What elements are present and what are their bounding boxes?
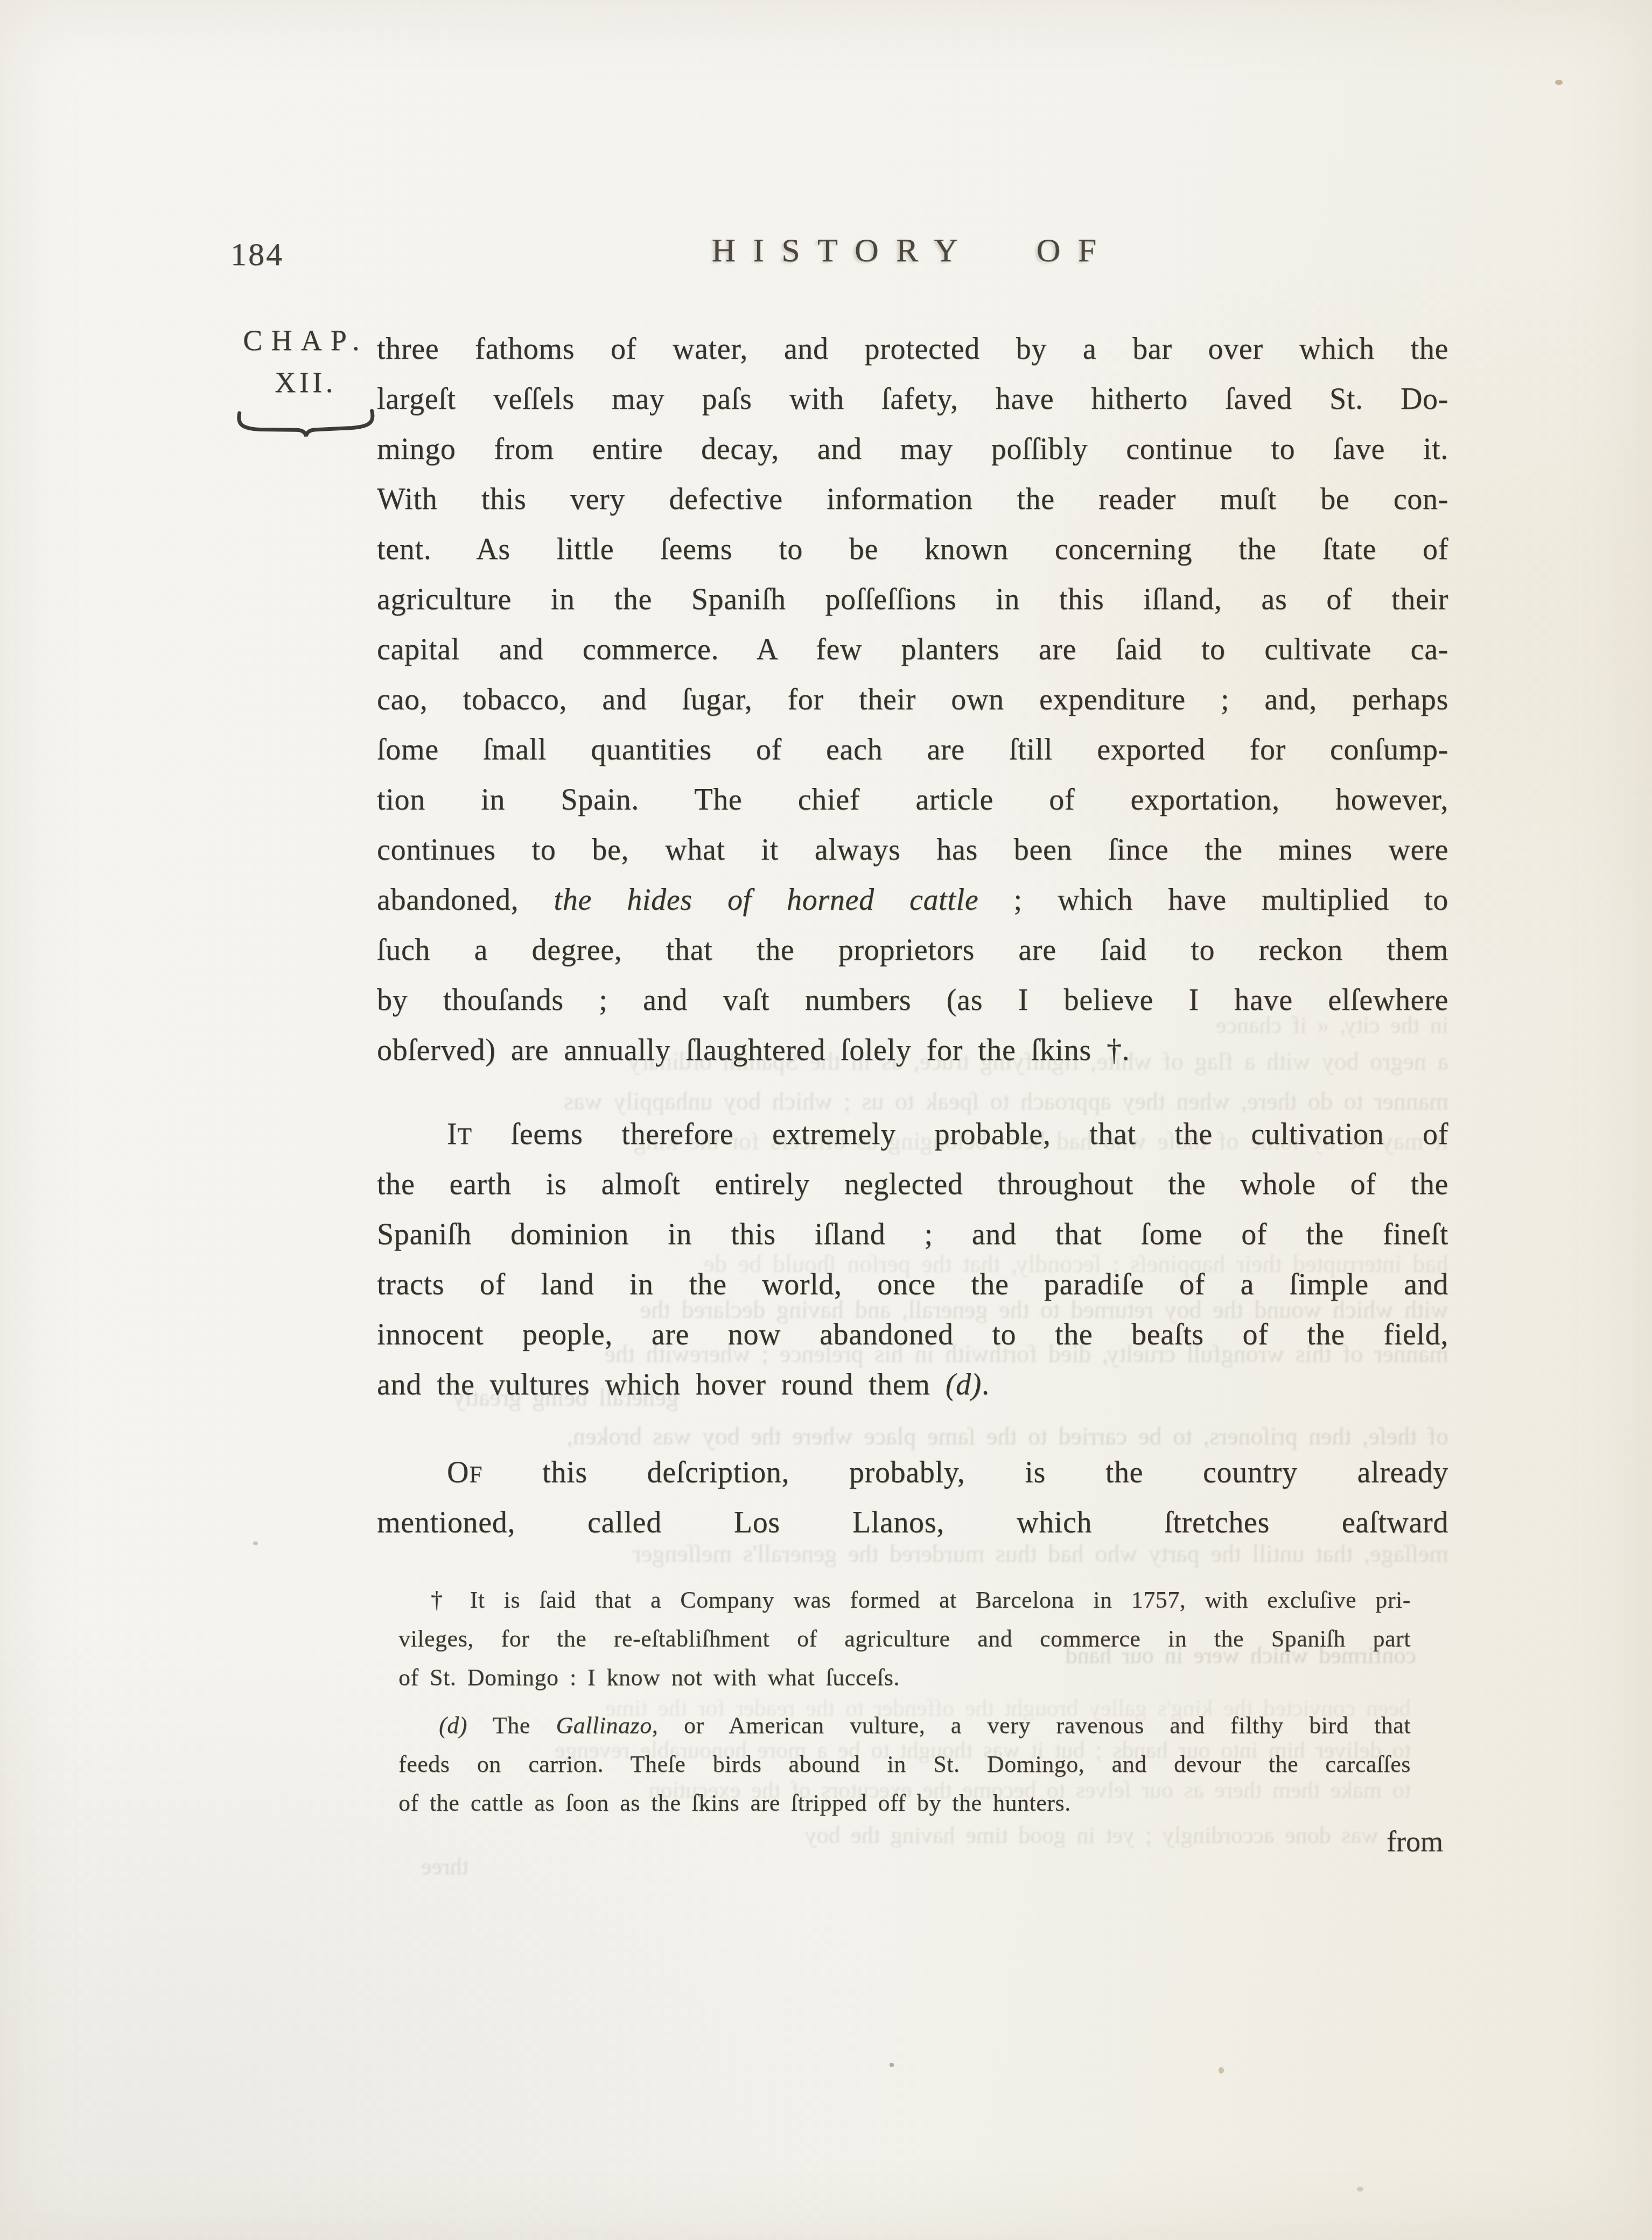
text-line: With this very defective information the…: [377, 474, 1448, 525]
text-line: the earth is almoſt entirely neglected t…: [377, 1160, 1448, 1210]
footnote: † It is ſaid that a Company was formed a…: [398, 1581, 1411, 1697]
chapter-brace-ornament: [229, 408, 382, 438]
text-line: † It is ſaid that a Company was formed a…: [398, 1581, 1411, 1620]
show-through-text: a negro boy with a flag of white, fignif…: [377, 1047, 1448, 1076]
chapter-label: CHAP.: [229, 324, 382, 357]
paragraph: three fathoms of water, and protected by…: [377, 324, 1448, 1076]
show-through-text: to deliver him into our hands ; but it w…: [398, 1736, 1411, 1764]
text-segment: Spaniſh dominion in this iſland ; and th…: [377, 1218, 1448, 1251]
show-through-text: had interrupted their happineſs ; ſecond…: [377, 1250, 1448, 1278]
text-segment: † It is ſaid that a Company was formed a…: [431, 1587, 1411, 1613]
paper-speck: [1357, 2187, 1363, 2192]
text-segment: agriculture in the Spaniſh poſſeſſions i…: [377, 583, 1448, 616]
text-line: abandoned, the hides of horned cattle ; …: [377, 875, 1448, 925]
show-through-text: was done accordingly ; yet in good time …: [538, 1822, 1378, 1849]
text-segment: largeſt veſſels may paſs with ſafety, ha…: [377, 382, 1448, 416]
text-segment: capital and commerce. A few planters are…: [377, 633, 1448, 666]
footnote: (d) The Gallinazo, or American vulture, …: [398, 1706, 1411, 1823]
text-line: ſuch a degree, that the proprietors are …: [377, 925, 1448, 975]
italic-text: the hides of horned cattle: [554, 883, 979, 917]
text-line: largeſt veſſels may paſs with ſafety, ha…: [377, 374, 1448, 424]
chapter-margin-note: CHAP. XII.: [229, 324, 382, 438]
text-line: capital and commerce. A few planters are…: [377, 625, 1448, 675]
show-through-text: three: [377, 1853, 468, 1880]
text-segment: mingo from entire decay, and may poſſibl…: [377, 432, 1448, 466]
text-segment: ; which have multiplied to: [978, 883, 1448, 917]
show-through-text: of theſe, then priſoners, to be carried …: [377, 1422, 1448, 1450]
show-through-text: confirmed which were in our hand: [872, 1642, 1416, 1669]
text-segment: ſome ſmall quantities of each are ſtill …: [377, 733, 1448, 766]
show-through-text: manner of this wrongfull cruelty, died f…: [377, 1339, 1448, 1368]
show-through-text: with which wound the boy returned to the…: [377, 1295, 1448, 1324]
text-line: agriculture in the Spaniſh poſſeſſions i…: [377, 575, 1448, 625]
show-through-text: to make them there as our ſelves to beco…: [398, 1776, 1411, 1804]
running-head: HISTORY OF: [377, 232, 1448, 270]
text-segment: abandoned,: [377, 883, 554, 917]
text-segment: this deſcription, probably, is the count…: [482, 1456, 1448, 1489]
text-segment: With this very defective information the…: [377, 483, 1448, 516]
show-through-text: meſſage, that untill the party who had t…: [377, 1539, 1448, 1568]
show-through-text: been convicted the king's galley brought…: [398, 1694, 1411, 1722]
show-through-text: it may be by ſome of thoſe who had been …: [377, 1127, 1448, 1155]
text-line: cao, tobacco, and ſugar, for their own e…: [377, 675, 1448, 725]
show-through-text: manner to do there, when they approach t…: [377, 1087, 1448, 1115]
text-segment: tent. As little ſeems to be known concer…: [377, 533, 1448, 566]
text-line: continues to be, what it always has been…: [377, 825, 1448, 875]
paper-speck: [1555, 80, 1563, 85]
show-through-text: generall being greatly: [377, 1383, 678, 1412]
text-segment: of St. Domingo : I know not with what ſu…: [398, 1664, 900, 1691]
book-page-scan: 184 HISTORY OF CHAP. XII. three fathoms …: [0, 0, 1652, 2240]
text-line: three fathoms of water, and protected by…: [377, 324, 1448, 374]
show-through-text: in the city, « if chance: [1023, 1011, 1448, 1039]
underbrace-icon: [235, 408, 376, 438]
paragraph: OF this deſcription, probably, is the co…: [377, 1448, 1448, 1548]
text-segment: ſuch a degree, that the proprietors are …: [377, 933, 1448, 967]
paper-speck: [253, 1541, 258, 1545]
text-segment: the earth is almoſt entirely neglected t…: [377, 1168, 1448, 1201]
text-line: tion in Spain. The chief article of expo…: [377, 775, 1448, 825]
paper-speck: [890, 2063, 894, 2067]
paper-speck: [1219, 2067, 1224, 2074]
text-segment: O: [447, 1456, 469, 1489]
text-segment: .: [982, 1368, 990, 1401]
text-segment: mentioned, called Los Llanos, which ſtre…: [377, 1506, 1448, 1539]
text-segment: continues to be, what it always has been…: [377, 833, 1448, 867]
text-segment: tion in Spain. The chief article of expo…: [377, 783, 1448, 817]
catchword: from: [1387, 1825, 1443, 1858]
text-line: tent. As little ſeems to be known concer…: [377, 525, 1448, 575]
text-segment: F: [469, 1462, 482, 1488]
text-segment: cao, tobacco, and ſugar, for their own e…: [377, 683, 1448, 716]
chapter-numeral: XII.: [229, 366, 382, 399]
text-line: ſome ſmall quantities of each are ſtill …: [377, 725, 1448, 775]
text-line: mingo from entire decay, and may poſſibl…: [377, 424, 1448, 474]
page-number: 184: [230, 236, 284, 273]
italic-text: (d): [946, 1368, 982, 1401]
text-line: OF this deſcription, probably, is the co…: [377, 1448, 1448, 1498]
text-segment: three fathoms of water, and protected by…: [377, 332, 1448, 366]
